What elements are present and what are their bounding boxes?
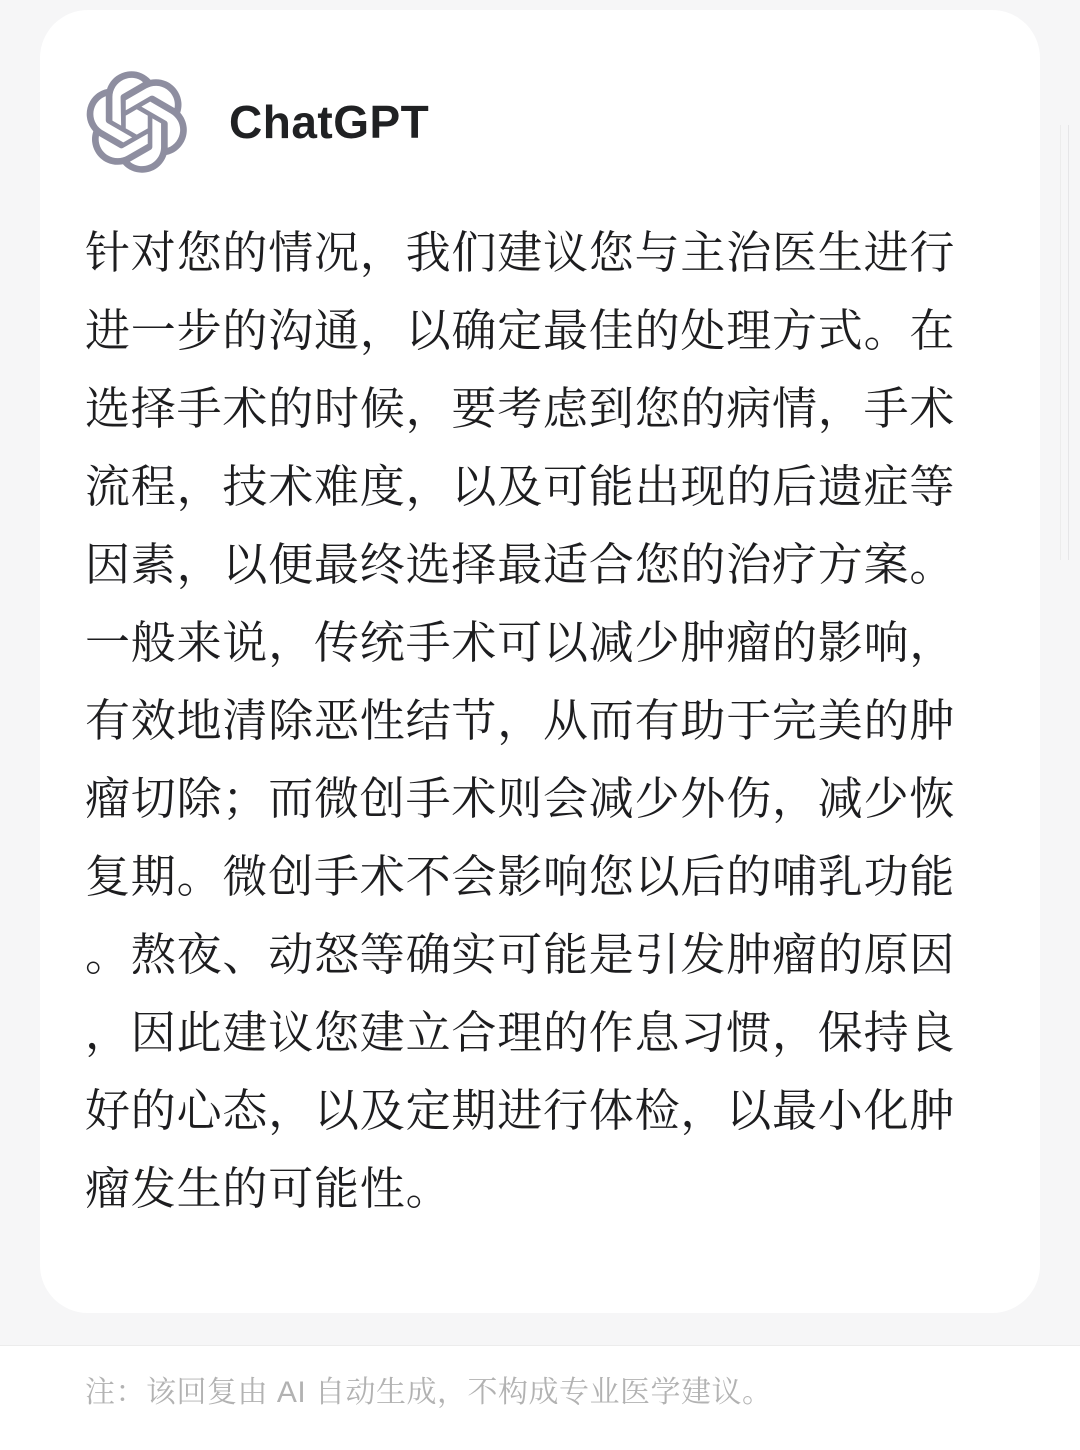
message-line: 因素，以便最终选择最适合您的治疗方案。 (85, 526, 995, 604)
message-line: 瘤发生的可能性。 (85, 1150, 995, 1228)
page-footer: 注：该回复由 AI 自动生成，不构成专业医学建议。 (0, 1345, 1080, 1450)
card-header: ChatGPT (85, 70, 995, 174)
openai-logo-icon (85, 70, 189, 174)
message-line: 流程，技术难度，以及可能出现的后遗症等 (85, 448, 995, 526)
message-line: 好的心态，以及定期进行体检，以最小化肿 (85, 1072, 995, 1150)
message-line: 针对您的情况，我们建议您与主治医生进行 (85, 214, 995, 292)
chat-page: ChatGPT 针对您的情况，我们建议您与主治医生进行进一步的沟通，以确定最佳的… (0, 0, 1080, 1345)
message-line: 有效地清除恶性结节，从而有助于完美的肿 (85, 682, 995, 760)
message-line: ，因此建议您建立合理的作息习惯，保持良 (85, 994, 995, 1072)
app-title: ChatGPT (229, 95, 429, 149)
chat-response-card: ChatGPT 针对您的情况，我们建议您与主治医生进行进一步的沟通，以确定最佳的… (40, 10, 1040, 1313)
message-line: 一般来说，传统手术可以减少肿瘤的影响， (85, 604, 995, 682)
message-line: 进一步的沟通，以确定最佳的处理方式。在 (85, 292, 995, 370)
message-line: 瘤切除；而微创手术则会减少外伤，减少恢 (85, 760, 995, 838)
message-text: 针对您的情况，我们建议您与主治医生进行进一步的沟通，以确定最佳的处理方式。在选择… (85, 214, 995, 1228)
message-line: 选择手术的时候，要考虑到您的病情，手术 (85, 370, 995, 448)
ai-disclaimer-note: 注：该回复由 AI 自动生成，不构成专业医学建议。 (85, 1372, 1080, 1414)
scrollbar[interactable] (1060, 125, 1069, 560)
message-line: 。熬夜、动怒等确实可能是引发肿瘤的原因 (85, 916, 995, 994)
message-line: 复期。微创手术不会影响您以后的哺乳功能 (85, 838, 995, 916)
